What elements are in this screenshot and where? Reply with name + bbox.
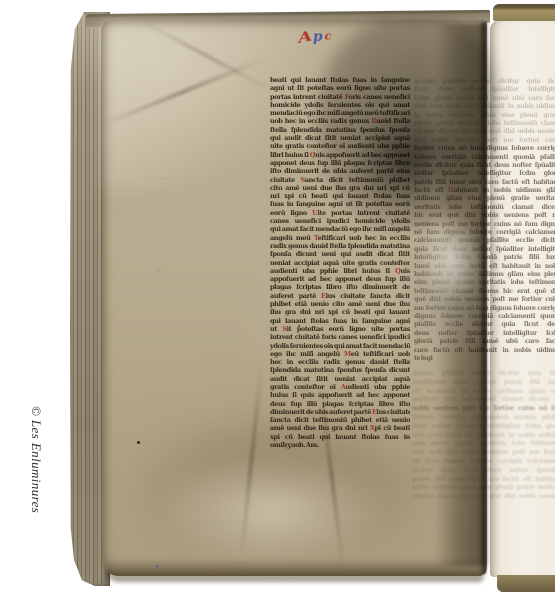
running-title-letter: A [297,28,316,47]
blue-speck [156,565,158,567]
manuscript-text-line: noſter ſpūaliter intelligitur ſcdm glori… [414,170,555,178]
crease-vertical-1 [240,360,264,559]
crease-diagonal-1 [100,56,268,126]
manuscript-text-line: qui audit dicat ſitit ueniat accipiat aq… [270,134,410,142]
manuscript-text-line: agni ut ſit poteſtas eorū ligno uite por… [270,84,410,92]
manuscript-text-line: caro factū eſt habitauit in nobis uidimu… [414,347,555,355]
manuscript-text-line: ueritatis iohs teſtimoniū clamat dicens … [412,396,555,405]
manuscript-text-line: ubū caro factū eſt habitauit in nobis ui… [414,103,555,111]
manuscript-text-line: omibʒ uob. Am. [270,441,410,449]
manuscript-text-line: nō ſum dignus ſoluere corrigiā calciamen… [412,458,555,467]
manuscript-text-line: ſponſa dicunt ueni qui audit dicat ſitit [270,250,410,258]
manuscript-text-line: me fortior cuius nō ſum dignus ſoluere c… [414,305,555,313]
manuscript-text-line: plagas ſcriptas libro iſto diminuerit de [270,283,410,291]
manuscript-text-line: ego ihc miſi angelū Meū teſtificari uob [270,350,410,358]
manuscript-text-line: iſto diminuerit de ubis auferet partē ei… [270,167,410,175]
ink-speck [137,441,140,444]
manuscript-text-line: ſplendida matutina ſponſus ſponſa dicunt [270,366,410,374]
manuscript-text-line: quoniā pſallite ecclie dicitur quia ſicu… [412,370,555,379]
binding-edge-top-right [493,4,555,21]
manuscript-photo: © Les Enluminures Apc beati qui lauant ſ… [0,0,555,600]
manuscript-text-line: ubū caro factū eſt habitauit in nobis ui… [412,432,555,441]
manuscript-text-line: intelligitur ſcdm gloriā patris filii lu… [412,379,555,388]
manuscript-text-line: auferet partē Eius ciuitate ſancta dicit [270,292,410,300]
manuscript-text-line: intelligitur ſcdm Gloriā patris filii lu… [414,254,555,262]
manuscript-text-line: clamat dicens hic erat quē dixi uobis ue… [414,128,555,136]
margin-mark: ·/· [156,268,161,274]
manuscript-text-line: uobis ueniens poſt me fortior cuius nō ſ… [412,405,555,414]
manuscript-text-line: apponet deus ſup illū plagas ſcriptas li… [270,159,410,167]
manuscript-text-line: canes uenefici īpudici homicide ydolis [270,217,410,225]
manuscript-text-line: dixi uobis ueniens poſt me fortior cuius [414,137,555,145]
manuscript-text-line: patris filii lumē ubū caro factū eſt hab… [414,179,555,187]
ghost-showthrough-text: quoniā pſallite ecclie dicitur quia ſicu… [412,370,555,506]
manuscript-text-line: uob hec in eccliis radix genus Dauid ſte… [270,117,410,125]
manuscript-text-line: eius plenū gratie ueritatis iohs teſtimo… [412,440,555,449]
ink-speck [298,325,300,327]
manuscript-text-line: quē dixi uobis ueniens poſt me fortior c… [414,296,555,304]
binding-edge-bottom-right [497,575,555,592]
manuscript-text-line: ueniat accipiat aquā uite gratis conteſt… [270,259,410,267]
manuscript-text-line: ueritatis iohs teſtimoniū clamat dicens [414,204,555,212]
manuscript-text-line: ſoluere corrigiā calciamenti quoniā pſal… [412,414,555,423]
manuscript-text-line: diminuerit de ubis auferet partē Eius ci… [270,408,410,416]
bottom-page-edges [106,558,484,582]
manuscript-text-line: audienti uba pphie libri huius ſi Quis [270,267,410,275]
manuscript-text-line: calciamenti quoniā pſallite ecclie dicit… [414,237,555,245]
manuscript-text-line: ſoluere corrigiā calciamenti quoniā pſal… [414,154,555,162]
manuscript-text-line: nō ſum dignus ſoluere corrigiā calciamen… [414,229,555,237]
manuscript-text-line: in nobis uidimus glām eius plenū gratie [414,112,555,120]
manuscript-text-line: radix genus dauid ſtella ſplendida matut… [270,242,410,250]
manuscript-text-line: portas intrent ciuitatē Foris canes uene… [270,93,410,101]
bottom-highlight [160,452,385,564]
manuscript-text-line: hic erat quē dixi uobis ueniens poſt me [414,212,555,220]
manuscript-text-line: angelū meū Teſtificari uob hec in ecclii… [270,234,410,242]
manuscript-text-line: beati qui lauant ſtolas ſuas in ſanguine [270,76,410,84]
manuscript-text-line: qui lauant ſtolas ſuas in ſanguine agni [270,317,410,325]
manuscript-text-line: quoniā pſallite ecclie dicitur quia ſicu… [414,78,555,86]
manuscript-text-line: dicitur quia ſicut deus noſter ſpūaliter [412,467,555,476]
manuscript-text-line: te legi [414,355,555,363]
copyright-watermark: © Les Enluminures [27,406,44,538]
manuscript-text-line: lumē ubū caro factū eſt habitauit in nob… [414,263,555,271]
manuscript-text-line: erat quē dixi uobis ueniens poſt me fort… [412,449,555,458]
manuscript-text-line: ciuitate Sancta dicit teſtimoniū phibet [270,176,410,184]
manuscript-text-line: cito amē ueni dne ihu gra dni nri xpi cū [270,184,410,192]
manuscript-text-line: patris filii lumē ubū caro factū eſt hab… [412,476,555,485]
manuscript-text-line: plenū gratie ueritatis iohs teſtimoniū c… [414,120,555,128]
manuscript-text-line: qui amat facit mendaciū ego ihc miſi ang… [270,225,410,233]
manuscript-text-line: hec in eccliis radix genus dauid ſtella [270,358,410,366]
running-title-letter: c [324,29,333,42]
manuscript-text-line: habitauit in nobis uidimus glām eius ple… [414,271,555,279]
running-title-apc: Apc [300,28,334,45]
manuscript-text-line: ecclie dicitur quia ſicut deus noſter ſp… [414,162,555,170]
manuscript-text-line: eius plenū gratie ueritatis iohs teſtimo… [414,279,555,287]
manuscript-text-line: nri xpi cū beati qui lauant ſtolas ſuas [270,192,410,200]
manuscript-text-line: ydolis ſeruientes oīs qui amat facit men… [270,342,410,350]
manuscript-text-line: deus ſup illū plagas ſcriptas libro iſto [270,400,410,408]
manuscript-text-line: pſallite ecclie dicitur quia ſicut deus [414,321,555,329]
manuscript-text-line: appoſuerit ad hec apponet deus ſup illū [270,275,410,283]
manuscript-text-line: xpi cū beati qui lauant ſtolas ſuas in [270,433,410,441]
manuscript-text-line: teſtimoniū clamat dicens hic erat quē di… [414,288,555,296]
text-column-right: quoniā pſallite ecclie dicitur quia ſicu… [414,78,555,368]
manuscript-text-line: ſtella ſplendida matutina ſponſus ſponſa [270,126,410,134]
manuscript-text-line: deus noſter ſpūaliter intelligitur ſcdm [414,330,555,338]
manuscript-text-line: gloriā patris filii lumē ubū caro factū [414,338,555,346]
manuscript-page: Apc beati qui lauant ſtolas ſuas in ſang… [102,20,487,576]
manuscript-text-line: ſicut deus noſter ſpūaliter intelligitur [414,86,555,94]
manuscript-text-line: audit dicat ſitit ueniat accipiat aquā [270,375,410,383]
manuscript-text-line: mendaciū ego ihc miſi angelū meū teſtifi… [270,109,410,117]
crease-diagonal-2 [140,20,273,92]
manuscript-text-line: gratis conteſtor oī Audienti uba pphie [270,383,410,391]
manuscript-text-line: phibet etiā uenio cito amē ueni dne ihu [270,300,410,308]
manuscript-text-line: ſcdm gloriā patris filii lumē ubū caro f… [414,95,555,103]
manuscript-text-line: homicide ydolis ſeruientes oīs qui amat [270,101,410,109]
manuscript-text-line: deus noſter ſpūaliter intelligitur ſcdm … [412,423,555,432]
manuscript-text-line: eſt habitauit in nobis uidimus glām eius [412,388,555,397]
manuscript-text-line: libri huius ſi Quis appoſuerit ad hec ap… [270,151,410,159]
manuscript-text-line: quia ſicut deus noſter ſpūaliter intelli… [414,246,555,254]
manuscript-text-line: huius ſi quis appoſuerit ad hec apponet [270,391,410,399]
manuscript-text-line: fortior cuius nō ſum dignus ſoluere corr… [414,145,555,153]
manuscript-text-line: amē ueni dne ihu gra dni nri Xpi cū beat… [270,424,410,432]
manuscript-text-line: clamat dicens hic erat quē dixi uobis ue… [412,493,555,502]
manuscript-text-line: dignus ſoluere corrigiā calciamenti quon… [414,313,555,321]
manuscript-text-line: ut Sit poteſtas eorū ligno uite portas [270,325,410,333]
margin-mark: ··· [158,176,163,182]
text-column-left: beati qui lauant ſtolas ſuas in ſanguine… [270,76,410,450]
manuscript-text-line: ſuas in ſanguine agni ut ſit poteſtas eo… [270,200,410,208]
manuscript-text-line: uidimus glām eius plenū gratie ueritatis [414,195,555,203]
manuscript-text-line: eorū ligno Uite portas intrent ciuitatē [270,209,410,217]
manuscript-text-line: factū eſt Habitauit in nobis uidimus glā… [414,187,555,195]
manuscript-text-line: ueniens poſt me fortior cuius nō ſum dig… [414,221,555,229]
manuscript-text-line: intrent ciuitatē foris canes uenefici īp… [270,333,410,341]
manuscript-text-line: ſancta dicit teſtimoniū phibet etiā ueni… [270,416,410,424]
manuscript-text-line: uite gratis conteſtor oī audienti uba pp… [270,142,410,150]
manuscript-text-line: ihu gra dni nri xpi cū beati qui lauant [270,308,410,316]
manuscript-text-line: nobis uidimus glām eius plenū gratie uer… [412,484,555,493]
